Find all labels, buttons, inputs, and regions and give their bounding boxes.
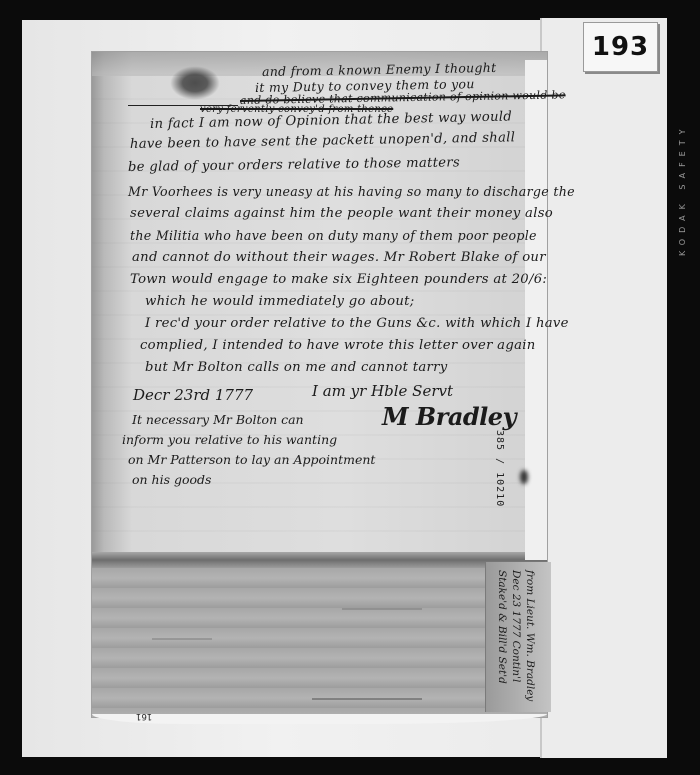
strike-rule bbox=[128, 105, 238, 106]
sheet-fold-crease bbox=[92, 552, 547, 568]
letter-line: Town would engage to make six Eighteen p… bbox=[130, 272, 547, 287]
letter-line: the Militia who have been on duty many o… bbox=[130, 228, 537, 243]
docket-endorsement: from Lieut. Wm. Bradley Dec 23 1777 Cont… bbox=[495, 570, 537, 701]
folio-mark: 161 bbox=[136, 711, 152, 721]
bleed-through-stroke bbox=[342, 608, 422, 610]
letter-line: which he would immediately go about; bbox=[145, 294, 415, 309]
postscript-line: inform you relative to his wanting bbox=[122, 432, 337, 447]
sheet-lower-verso bbox=[92, 568, 547, 717]
archive-number: 385 / 10210 bbox=[494, 430, 505, 507]
letter-line: Mr Voorhees is very uneasy at his having… bbox=[128, 184, 575, 199]
docket-line: Dec 23 1777 Contin'l bbox=[510, 570, 522, 682]
postscript-line: It necessary Mr Bolton can bbox=[132, 412, 304, 427]
signature: M Bradley bbox=[382, 402, 516, 431]
postscript-line: on Mr Patterson to lay an Appointment bbox=[128, 452, 375, 467]
film-edge-print: KODAK SAFETY bbox=[678, 30, 696, 350]
right-mount-strip bbox=[540, 18, 667, 758]
letter-line: but Mr Bolton calls on me and cannot tar… bbox=[145, 360, 447, 375]
postscript-line: on his goods bbox=[132, 472, 211, 487]
page-number-tag: 193 bbox=[583, 22, 658, 72]
scribbled-out-mark bbox=[170, 66, 220, 100]
bleed-through-stroke bbox=[152, 638, 212, 640]
docket-line: from Lieut. Wm. Bradley bbox=[524, 570, 536, 701]
letter-line: several claims against him the people wa… bbox=[130, 206, 553, 221]
docket-line: Stake'd & Bill'd Set'd bbox=[496, 570, 508, 684]
letter-line: complied, I intended to have wrote this … bbox=[140, 338, 536, 353]
letter-line: and cannot do without their wages. Mr Ro… bbox=[132, 250, 546, 265]
ink-stain bbox=[520, 470, 528, 484]
page-number: 193 bbox=[592, 32, 649, 62]
bleed-through-stroke bbox=[312, 698, 422, 700]
letter-closing: I am yr Hble Servt bbox=[312, 382, 453, 400]
letter-date: Decr 23rd 1777 bbox=[133, 386, 253, 404]
letter-line: I rec'd your order relative to the Guns … bbox=[145, 316, 569, 331]
mounting-strip bbox=[525, 60, 547, 560]
